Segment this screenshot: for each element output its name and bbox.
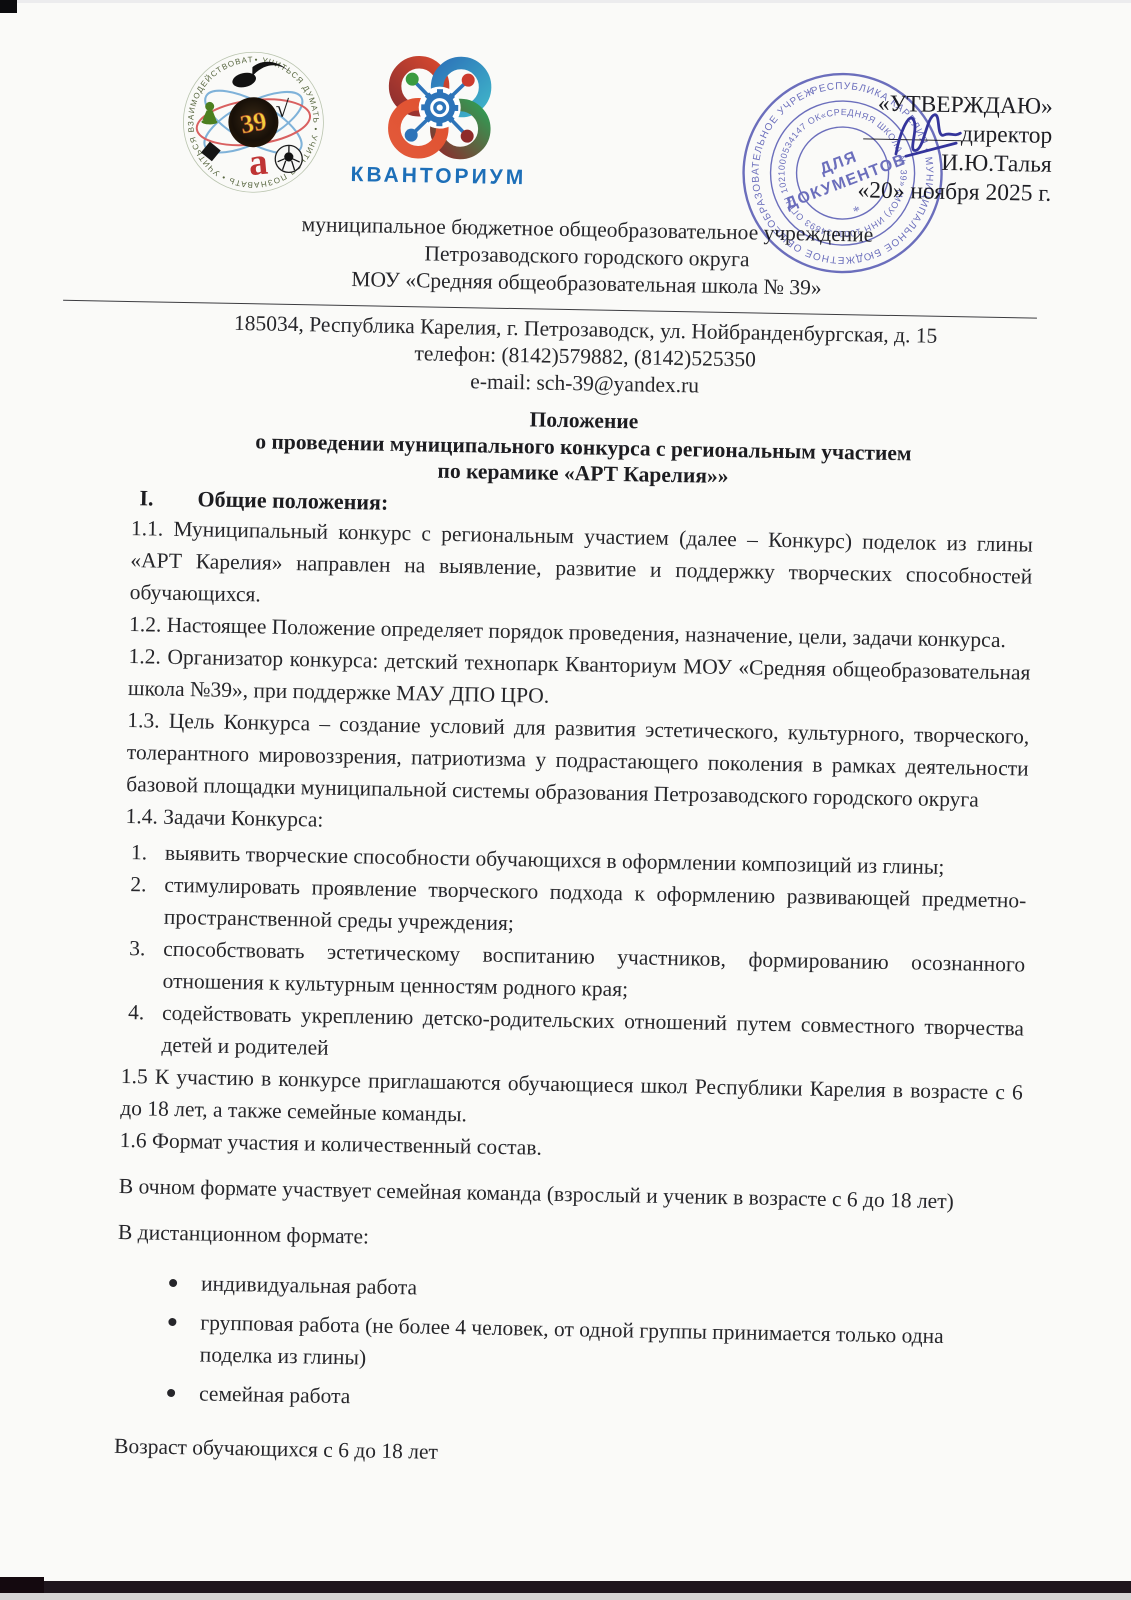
list-item-text: семейная работа (199, 1377, 1017, 1424)
list-item-number: 2. (124, 868, 165, 933)
scan-bottom-margin (0, 1593, 1131, 1600)
scan-bottom-edge (0, 1581, 1131, 1593)
section-number: I. (131, 483, 198, 513)
document-page: • УЧИТЬСЯ ДУМАТЬ • УЧИТЬСЯ ПОЗНАВАТЬ • У… (0, 0, 1131, 1590)
paragraph-remote: В дистанционном формате: (118, 1215, 1020, 1264)
list-item-text: индивидуальная работа (201, 1267, 1019, 1314)
list-item: семейная работа (115, 1375, 1017, 1424)
scan-top-edge (0, 0, 1131, 3)
formats-list: индивидуальная работа групповая работа (… (115, 1265, 1019, 1424)
contacts-block: 185034, Республика Карелия, г. Петрозаво… (133, 308, 1036, 406)
bullet-icon (169, 1278, 177, 1286)
paragraph-1-3: 1.3. Цель Конкурса – создание условий дл… (126, 704, 1030, 817)
bullet-icon (168, 1317, 176, 1325)
tasks-list: 1. выявить творческие способности обучаю… (121, 836, 1027, 1076)
paragraph-age: Возраст обучающихся с 6 до 18 лет (114, 1429, 1016, 1478)
bullet-icon (167, 1388, 175, 1396)
document-title: Положение о проведении муниципального ко… (132, 399, 1035, 495)
signature (886, 98, 979, 172)
scan-corner-artifact (0, 0, 17, 13)
section-heading-label: Общие положения: (197, 484, 388, 516)
paragraph-1-1: 1.1. Муниципальный конкурс с региональны… (129, 512, 1033, 625)
paragraph-inperson: В очном формате участвует семейная коман… (119, 1169, 1021, 1218)
list-item-text: групповая работа (не более 4 человек, от… (200, 1306, 1019, 1385)
list-item-number: 4. (121, 995, 162, 1060)
list-item-number: 3. (122, 931, 163, 996)
list-item-number: 1. (125, 836, 166, 869)
list-item: групповая работа (не более 4 человек, от… (116, 1304, 1019, 1385)
